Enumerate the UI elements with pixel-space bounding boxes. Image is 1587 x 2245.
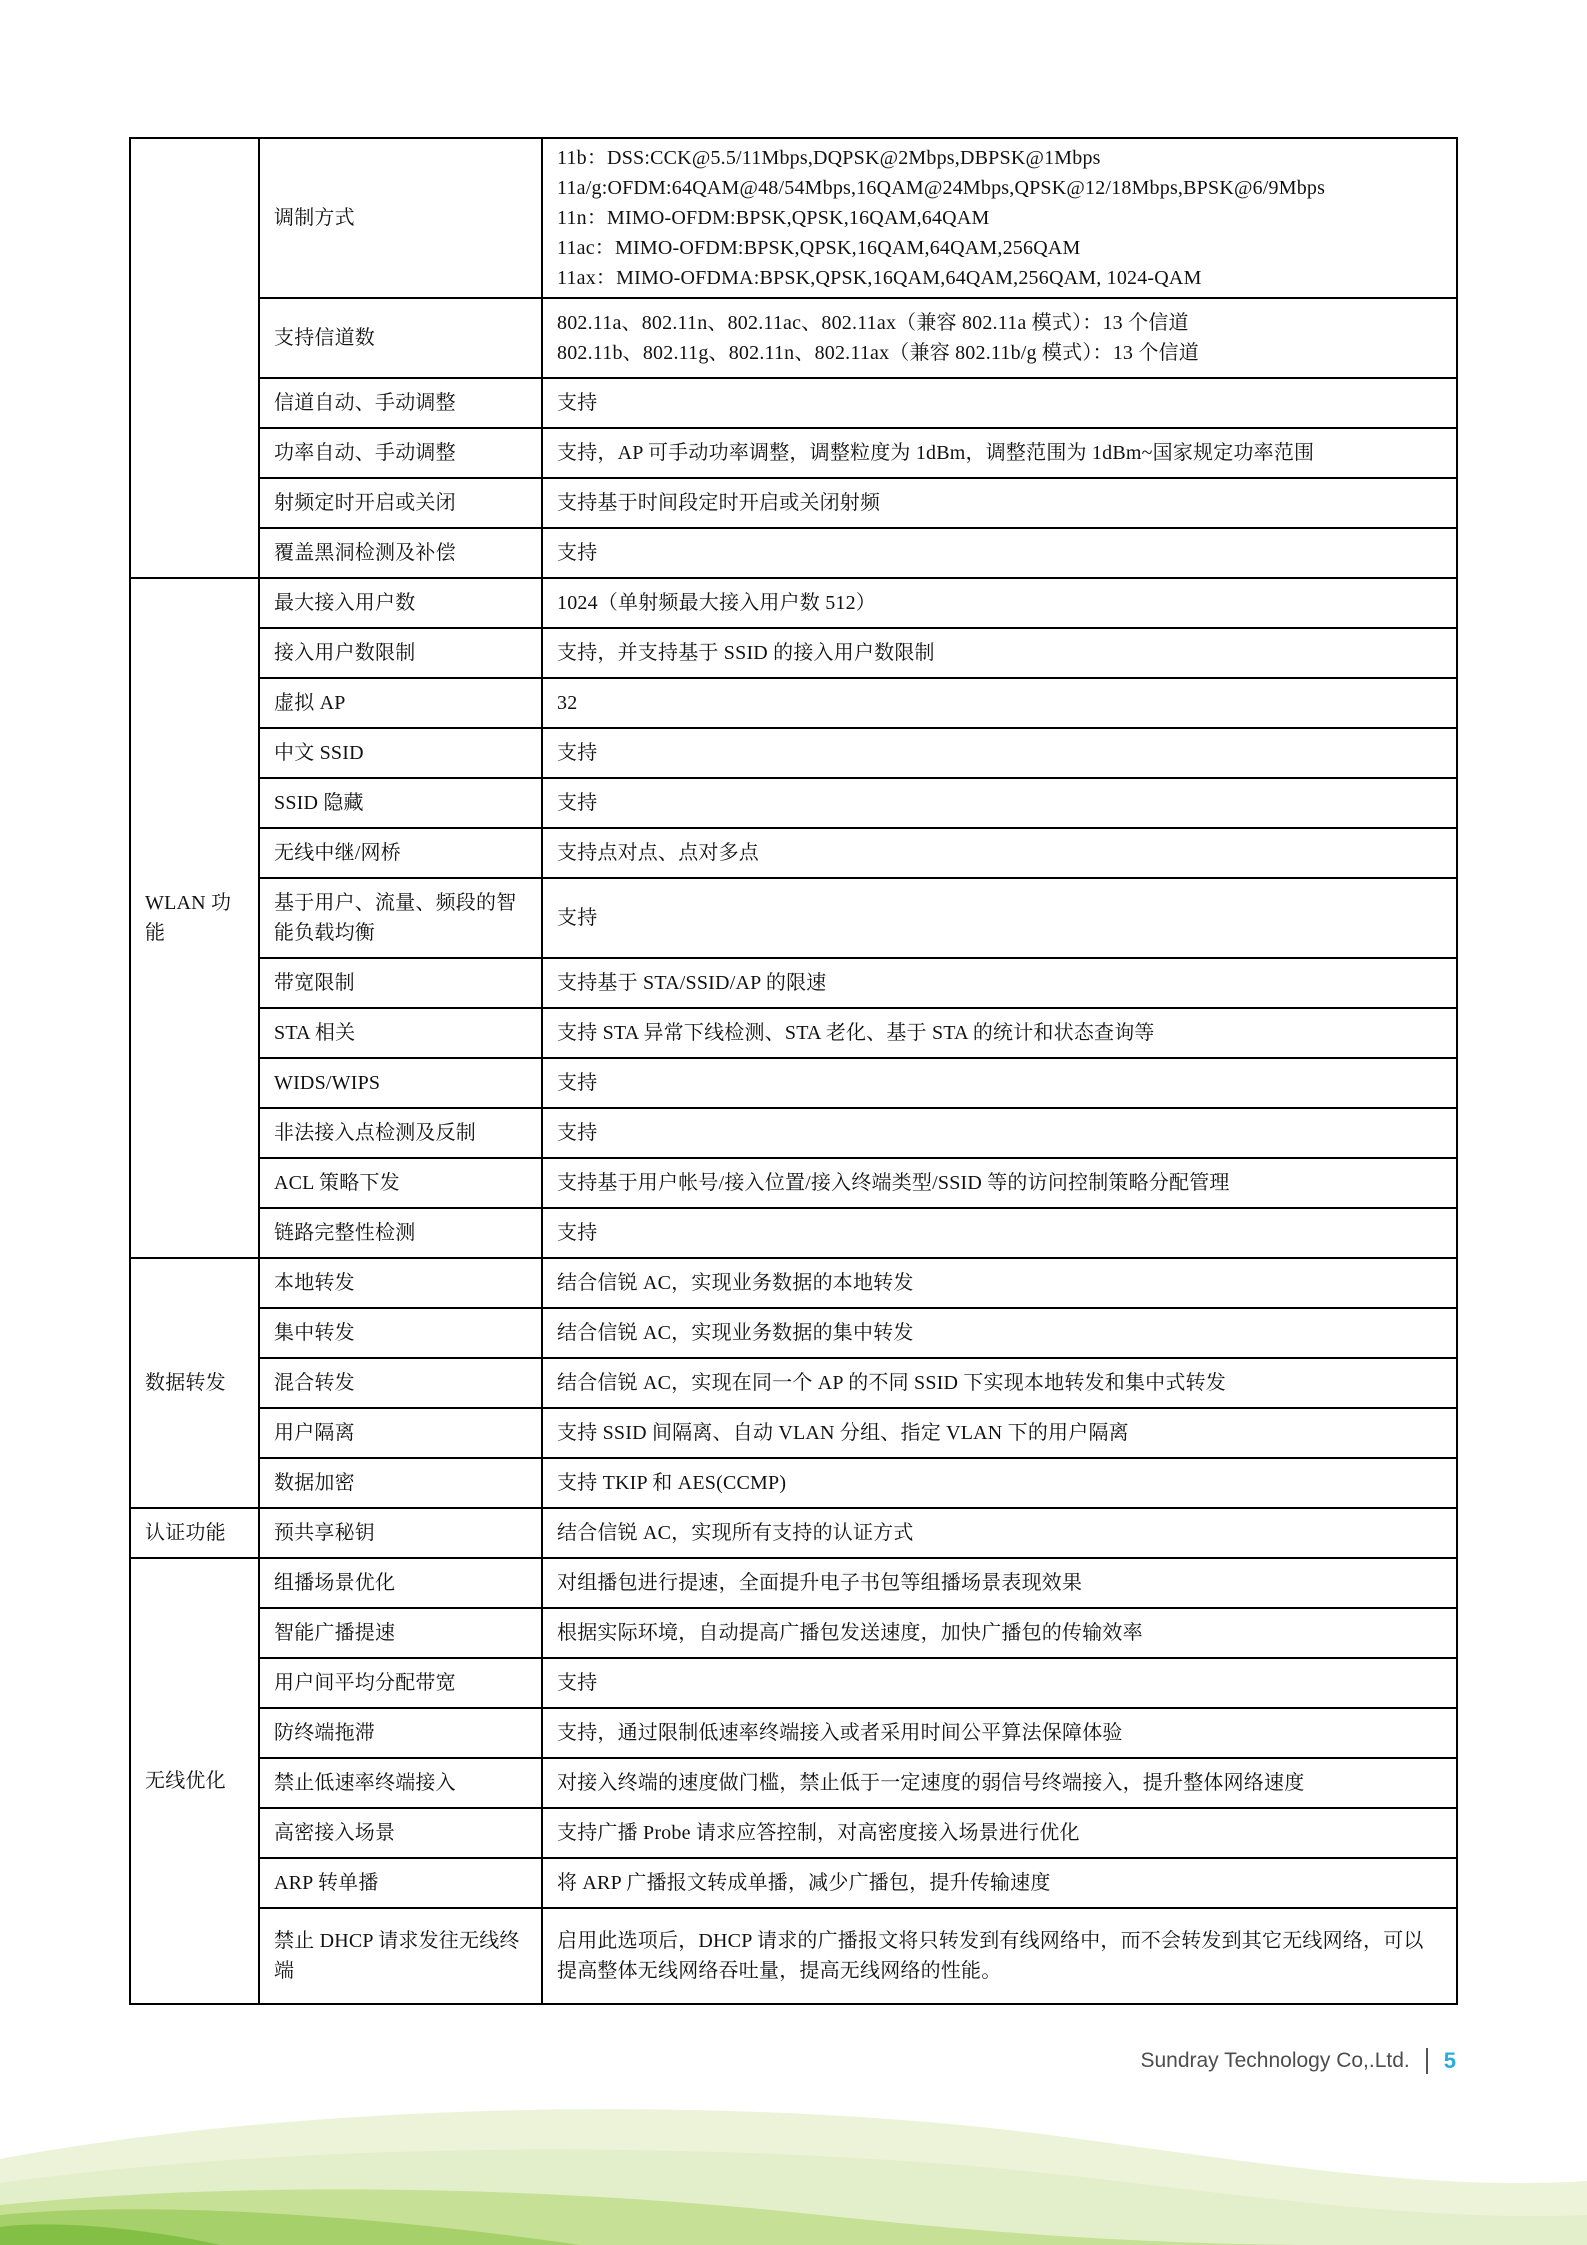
table-row: 带宽限制 支持基于 STA/SSID/AP 的限速: [130, 958, 1457, 1008]
feature-cell: 中文 SSID: [259, 728, 542, 778]
value-cell: 支持，并支持基于 SSID 的接入用户数限制: [542, 628, 1457, 678]
value-line: 802.11a、802.11n、802.11ac、802.11ax（兼容 802…: [557, 308, 1442, 338]
feature-cell: 集中转发: [259, 1308, 542, 1358]
value-line: 11n：MIMO-OFDM:BPSK,QPSK,16QAM,64QAM: [557, 203, 1442, 233]
table-row: WIDS/WIPS 支持: [130, 1058, 1457, 1108]
value-cell: 支持 STA 异常下线检测、STA 老化、基于 STA 的统计和状态查询等: [542, 1008, 1457, 1058]
footer-divider: [1426, 2048, 1428, 2074]
value-cell: 对组播包进行提速，全面提升电子书包等组播场景表现效果: [542, 1558, 1457, 1608]
feature-cell: ARP 转单播: [259, 1858, 542, 1908]
table-row: 禁止低速率终端接入 对接入终端的速度做门槛，禁止低于一定速度的弱信号终端接入，提…: [130, 1758, 1457, 1808]
feature-cell: 功率自动、手动调整: [259, 428, 542, 478]
feature-cell: 禁止 DHCP 请求发往无线终端: [259, 1908, 542, 2004]
table-row: 无线优化 组播场景优化 对组播包进行提速，全面提升电子书包等组播场景表现效果: [130, 1558, 1457, 1608]
table-row: 集中转发 结合信锐 AC，实现业务数据的集中转发: [130, 1308, 1457, 1358]
value-cell: 结合信锐 AC，实现在同一个 AP 的不同 SSID 下实现本地转发和集中式转发: [542, 1358, 1457, 1408]
feature-cell: 无线中继/网桥: [259, 828, 542, 878]
value-cell: 根据实际环境，自动提高广播包发送速度，加快广播包的传输效率: [542, 1608, 1457, 1658]
value-cell: 1024（单射频最大接入用户数 512）: [542, 578, 1457, 628]
decor-wave: [0, 2087, 1587, 2245]
table-row: 非法接入点检测及反制 支持: [130, 1108, 1457, 1158]
table-row: 禁止 DHCP 请求发往无线终端 启用此选项后，DHCP 请求的广播报文将只转发…: [130, 1908, 1457, 2004]
feature-cell: ACL 策略下发: [259, 1158, 542, 1208]
value-cell: 支持 TKIP 和 AES(CCMP): [542, 1458, 1457, 1508]
value-cell: 支持点对点、点对多点: [542, 828, 1457, 878]
table-row: ARP 转单播 将 ARP 广播报文转成单播，减少广播包，提升传输速度: [130, 1858, 1457, 1908]
feature-cell: 射频定时开启或关闭: [259, 478, 542, 528]
table-row: 链路完整性检测 支持: [130, 1208, 1457, 1258]
table-row: 调制方式 11b：DSS:CCK@5.5/11Mbps,DQPSK@2Mbps,…: [130, 138, 1457, 298]
table-row: 射频定时开启或关闭 支持基于时间段定时开启或关闭射频: [130, 478, 1457, 528]
category-cell: WLAN 功能: [130, 578, 259, 1258]
value-cell: 支持广播 Probe 请求应答控制，对高密度接入场景进行优化: [542, 1808, 1457, 1858]
category-cell: [130, 138, 259, 578]
table-row: 无线中继/网桥 支持点对点、点对多点: [130, 828, 1457, 878]
feature-cell: 接入用户数限制: [259, 628, 542, 678]
value-cell: 支持: [542, 1058, 1457, 1108]
feature-cell: 带宽限制: [259, 958, 542, 1008]
feature-cell: 智能广播提速: [259, 1608, 542, 1658]
table-row: 智能广播提速 根据实际环境，自动提高广播包发送速度，加快广播包的传输效率: [130, 1608, 1457, 1658]
feature-cell: 基于用户、流量、频段的智能负载均衡: [259, 878, 542, 958]
value-cell: 支持: [542, 778, 1457, 828]
value-cell: 支持基于 STA/SSID/AP 的限速: [542, 958, 1457, 1008]
table-row: 高密接入场景 支持广播 Probe 请求应答控制，对高密度接入场景进行优化: [130, 1808, 1457, 1858]
table-row: 用户隔离 支持 SSID 间隔离、自动 VLAN 分组、指定 VLAN 下的用户…: [130, 1408, 1457, 1458]
table-row: STA 相关 支持 STA 异常下线检测、STA 老化、基于 STA 的统计和状…: [130, 1008, 1457, 1058]
table-row: 数据加密 支持 TKIP 和 AES(CCMP): [130, 1458, 1457, 1508]
feature-cell: 支持信道数: [259, 298, 542, 378]
feature-cell: 数据加密: [259, 1458, 542, 1508]
value-cell: 启用此选项后，DHCP 请求的广播报文将只转发到有线网络中，而不会转发到其它无线…: [542, 1908, 1457, 2004]
value-cell: 支持，通过限制低速率终端接入或者采用时间公平算法保障体验: [542, 1708, 1457, 1758]
feature-cell: 最大接入用户数: [259, 578, 542, 628]
feature-cell: 链路完整性检测: [259, 1208, 542, 1258]
value-cell: 支持: [542, 1108, 1457, 1158]
feature-cell: 调制方式: [259, 138, 542, 298]
table-row: 混合转发 结合信锐 AC，实现在同一个 AP 的不同 SSID 下实现本地转发和…: [130, 1358, 1457, 1408]
category-cell: 无线优化: [130, 1558, 259, 2004]
table-row: 数据转发 本地转发 结合信锐 AC，实现业务数据的本地转发: [130, 1258, 1457, 1308]
table-row: SSID 隐藏 支持: [130, 778, 1457, 828]
feature-cell: 组播场景优化: [259, 1558, 542, 1608]
feature-cell: 高密接入场景: [259, 1808, 542, 1858]
feature-cell: 本地转发: [259, 1258, 542, 1308]
value-cell: 802.11a、802.11n、802.11ac、802.11ax（兼容 802…: [542, 298, 1457, 378]
value-cell: 支持: [542, 878, 1457, 958]
table-row: 基于用户、流量、频段的智能负载均衡 支持: [130, 878, 1457, 958]
footer-company: Sundray Technology Co,.Ltd.: [1140, 2049, 1409, 2073]
value-cell: 结合信锐 AC，实现所有支持的认证方式: [542, 1508, 1457, 1558]
value-cell: 支持 SSID 间隔离、自动 VLAN 分组、指定 VLAN 下的用户隔离: [542, 1408, 1457, 1458]
value-cell: 结合信锐 AC，实现业务数据的集中转发: [542, 1308, 1457, 1358]
table-row: 支持信道数 802.11a、802.11n、802.11ac、802.11ax（…: [130, 298, 1457, 378]
feature-cell: 预共享秘钥: [259, 1508, 542, 1558]
feature-cell: 覆盖黑洞检测及补偿: [259, 528, 542, 578]
value-line: 11ac：MIMO-OFDM:BPSK,QPSK,16QAM,64QAM,256…: [557, 233, 1442, 263]
value-cell: 支持基于时间段定时开启或关闭射频: [542, 478, 1457, 528]
document-page: 调制方式 11b：DSS:CCK@5.5/11Mbps,DQPSK@2Mbps,…: [0, 0, 1587, 2245]
feature-cell: SSID 隐藏: [259, 778, 542, 828]
table-row: 信道自动、手动调整 支持: [130, 378, 1457, 428]
table-row: 用户间平均分配带宽 支持: [130, 1658, 1457, 1708]
value-line: 11b：DSS:CCK@5.5/11Mbps,DQPSK@2Mbps,DBPSK…: [557, 143, 1442, 173]
page-footer: Sundray Technology Co,.Ltd. 5: [1140, 2048, 1456, 2074]
feature-cell: 信道自动、手动调整: [259, 378, 542, 428]
feature-cell: WIDS/WIPS: [259, 1058, 542, 1108]
table-row: 防终端拖滞 支持，通过限制低速率终端接入或者采用时间公平算法保障体验: [130, 1708, 1457, 1758]
table-row: ACL 策略下发 支持基于用户帐号/接入位置/接入终端类型/SSID 等的访问控…: [130, 1158, 1457, 1208]
category-cell: 认证功能: [130, 1508, 259, 1558]
feature-cell: 非法接入点检测及反制: [259, 1108, 542, 1158]
feature-cell: 防终端拖滞: [259, 1708, 542, 1758]
value-cell: 对接入终端的速度做门槛，禁止低于一定速度的弱信号终端接入，提升整体网络速度: [542, 1758, 1457, 1808]
feature-cell: 用户间平均分配带宽: [259, 1658, 542, 1708]
value-cell: 支持: [542, 528, 1457, 578]
table-row: 覆盖黑洞检测及补偿 支持: [130, 528, 1457, 578]
value-cell: 结合信锐 AC，实现业务数据的本地转发: [542, 1258, 1457, 1308]
value-cell: 将 ARP 广播报文转成单播，减少广播包，提升传输速度: [542, 1858, 1457, 1908]
feature-cell: 禁止低速率终端接入: [259, 1758, 542, 1808]
table-row: 中文 SSID 支持: [130, 728, 1457, 778]
value-cell: 32: [542, 678, 1457, 728]
table-row: 认证功能 预共享秘钥 结合信锐 AC，实现所有支持的认证方式: [130, 1508, 1457, 1558]
table-row: 接入用户数限制 支持，并支持基于 SSID 的接入用户数限制: [130, 628, 1457, 678]
value-cell: 支持: [542, 1658, 1457, 1708]
value-cell: 支持基于用户帐号/接入位置/接入终端类型/SSID 等的访问控制策略分配管理: [542, 1158, 1457, 1208]
table-row: WLAN 功能 最大接入用户数 1024（单射频最大接入用户数 512）: [130, 578, 1457, 628]
feature-cell: 虚拟 AP: [259, 678, 542, 728]
spec-table: 调制方式 11b：DSS:CCK@5.5/11Mbps,DQPSK@2Mbps,…: [129, 137, 1458, 2005]
value-cell: 支持: [542, 378, 1457, 428]
value-cell: 支持: [542, 1208, 1457, 1258]
footer-page-number: 5: [1444, 2048, 1456, 2074]
feature-cell: 混合转发: [259, 1358, 542, 1408]
feature-cell: 用户隔离: [259, 1408, 542, 1458]
table-row: 功率自动、手动调整 支持，AP 可手动功率调整，调整粒度为 1dBm，调整范围为…: [130, 428, 1457, 478]
feature-cell: STA 相关: [259, 1008, 542, 1058]
value-cell: 11b：DSS:CCK@5.5/11Mbps,DQPSK@2Mbps,DBPSK…: [542, 138, 1457, 298]
value-line: 11a/g:OFDM:64QAM@48/54Mbps,16QAM@24Mbps,…: [557, 173, 1442, 203]
value-cell: 支持，AP 可手动功率调整，调整粒度为 1dBm，调整范围为 1dBm~国家规定…: [542, 428, 1457, 478]
value-line: 11ax：MIMO-OFDMA:BPSK,QPSK,16QAM,64QAM,25…: [557, 263, 1442, 293]
table-row: 虚拟 AP 32: [130, 678, 1457, 728]
value-cell: 支持: [542, 728, 1457, 778]
value-line: 802.11b、802.11g、802.11n、802.11ax（兼容 802.…: [557, 338, 1442, 368]
category-cell: 数据转发: [130, 1258, 259, 1508]
